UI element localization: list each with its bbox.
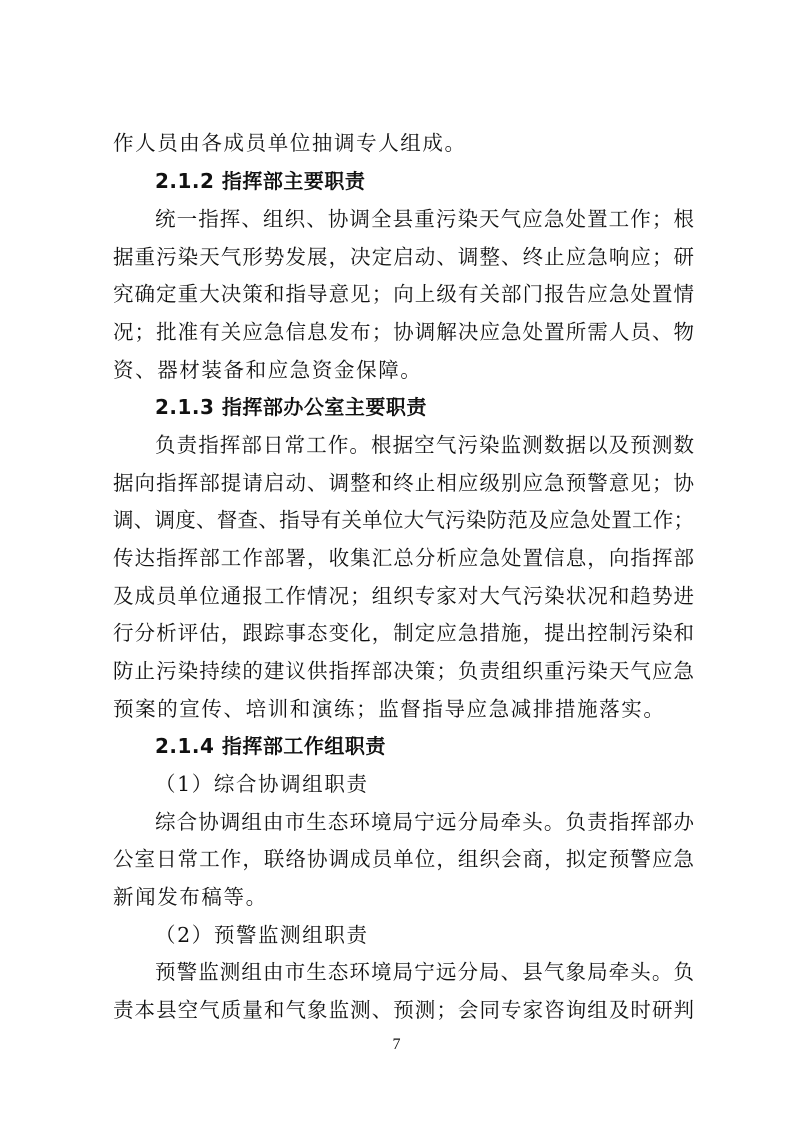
paragraph-first-line: 综合协调组由市生态环境局宁远分局牵头。负责指挥部办 [155, 807, 694, 837]
section-heading-2-1-4: 2.1.4 指挥部工作组职责 [155, 731, 736, 761]
section-heading-2-1-2: 2.1.2 指挥部主要职责 [155, 166, 736, 196]
body-text-line: 况；批准有关应急信息发布；协调解决应急处置所需人员、物 [113, 317, 694, 347]
body-text-line: 调、调度、督查、指导有关单位大气污染防范及应急处置工作； [113, 505, 694, 535]
body-text-line: 据重污染天气形势发展，决定启动、调整、终止应急响应；研 [113, 242, 694, 272]
paragraph-first-line: 负责指挥部日常工作。根据空气污染监测数据以及预测数 [155, 430, 694, 460]
body-text-line: 作人员由各成员单位抽调专人组成。 [113, 128, 694, 158]
body-text-line: 防止污染持续的建议供指挥部决策；负责组织重污染天气应急 [113, 656, 694, 686]
paragraph-first-line: 统一指挥、组织、协调全县重污染天气应急处置工作；根 [155, 204, 694, 234]
subsection-heading-1: （1）综合协调组职责 [155, 769, 736, 799]
body-text-line: 传达指挥部工作部署，收集汇总分析应急处置信息，向指挥部 [113, 543, 694, 573]
body-text-line: 及成员单位通报工作情况；组织专家对大气污染状况和趋势进 [113, 581, 694, 611]
body-text-line: 行分析评估，跟踪事态变化，制定应急措施，提出控制污染和 [113, 618, 694, 648]
paragraph-first-line: 预警监测组由市生态环境局宁远分局、县气象局牵头。负 [155, 957, 694, 987]
body-text-line: 据向指挥部提请启动、调整和终止相应级别应急预警意见；协 [113, 468, 694, 498]
section-heading-2-1-3: 2.1.3 指挥部办公室主要职责 [155, 392, 736, 422]
body-text-line: 究确定重大决策和指导意见；向上级有关部门报告应急处置情 [113, 279, 694, 309]
body-text-line: 责本县空气质量和气象监测、预测；会同专家咨询组及时研判 [113, 995, 694, 1025]
body-text-line: 公室日常工作，联络协调成员单位，组织会商，拟定预警应急 [113, 844, 694, 874]
page-number: 7 [0, 1036, 793, 1054]
subsection-heading-2: （2）预警监测组职责 [155, 920, 736, 950]
document-page: 作人员由各成员单位抽调专人组成。 2.1.2 指挥部主要职责 统一指挥、组织、协… [0, 0, 793, 1122]
body-text-line: 新闻发布稿等。 [113, 882, 694, 912]
body-text-line: 资、器材装备和应急资金保障。 [113, 355, 694, 385]
body-text-line: 预案的宣传、培训和演练；监督指导应急减排措施落实。 [113, 694, 694, 724]
